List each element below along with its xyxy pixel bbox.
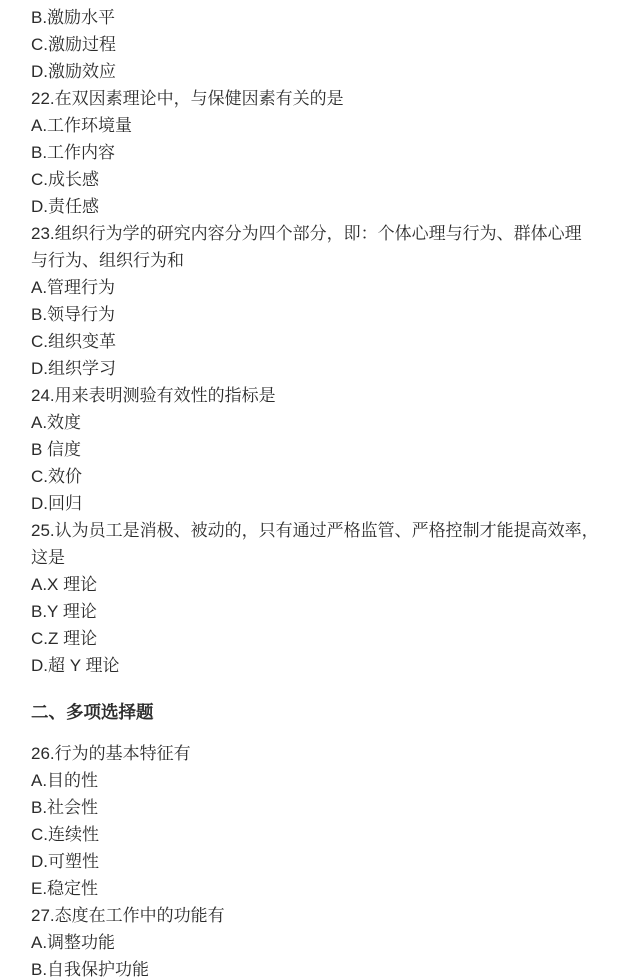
option-line: D.回归	[31, 490, 612, 517]
option-line: C.组织变革	[31, 328, 612, 355]
option-line: C.连续性	[31, 821, 612, 848]
section-header: 二、多项选择题	[31, 699, 612, 726]
option-line: C.效价	[31, 463, 612, 490]
question-line: 26.行为的基本特征有	[31, 740, 612, 767]
question-line: 24.用来表明测验有效性的指标是	[31, 382, 612, 409]
question-continuation-line: 与行为、组织行为和	[31, 247, 612, 274]
option-line: A.调整功能	[31, 929, 612, 956]
question-continuation-line: 这是	[31, 544, 612, 571]
option-line: B.激励水平	[31, 4, 612, 31]
option-line: C.Z 理论	[31, 625, 612, 652]
option-line: B.领导行为	[31, 301, 612, 328]
question-line: 22.在双因素理论中，与保健因素有关的是	[31, 85, 612, 112]
option-line: B.自我保护功能	[31, 956, 612, 979]
option-line: D.激励效应	[31, 58, 612, 85]
option-line: A.效度	[31, 409, 612, 436]
option-line: B.Y 理论	[31, 598, 612, 625]
question-line: 23.组织行为学的研究内容分为四个部分，即：个体心理与行为、群体心理	[31, 220, 612, 247]
option-line: D.责任感	[31, 193, 612, 220]
question-line: 25.认为员工是消极、被动的，只有通过严格监管、严格控制才能提高效率，	[31, 517, 612, 544]
option-line: A.目的性	[31, 767, 612, 794]
option-line: C.成长感	[31, 166, 612, 193]
option-line: E.稳定性	[31, 875, 612, 902]
option-line: C.激励过程	[31, 31, 612, 58]
option-line: A.X 理论	[31, 571, 612, 598]
option-line: A.管理行为	[31, 274, 612, 301]
exam-document: B.激励水平C.激励过程D.激励效应22.在双因素理论中，与保健因素有关的是A.…	[0, 0, 630, 979]
option-line: A.工作环境量	[31, 112, 612, 139]
option-line: B 信度	[31, 436, 612, 463]
option-line: D.可塑性	[31, 848, 612, 875]
question-line: 27.态度在工作中的功能有	[31, 902, 612, 929]
option-line: B.社会性	[31, 794, 612, 821]
option-line: B.工作内容	[31, 139, 612, 166]
option-line: D.组织学习	[31, 355, 612, 382]
option-line: D.超 Y 理论	[31, 652, 612, 679]
